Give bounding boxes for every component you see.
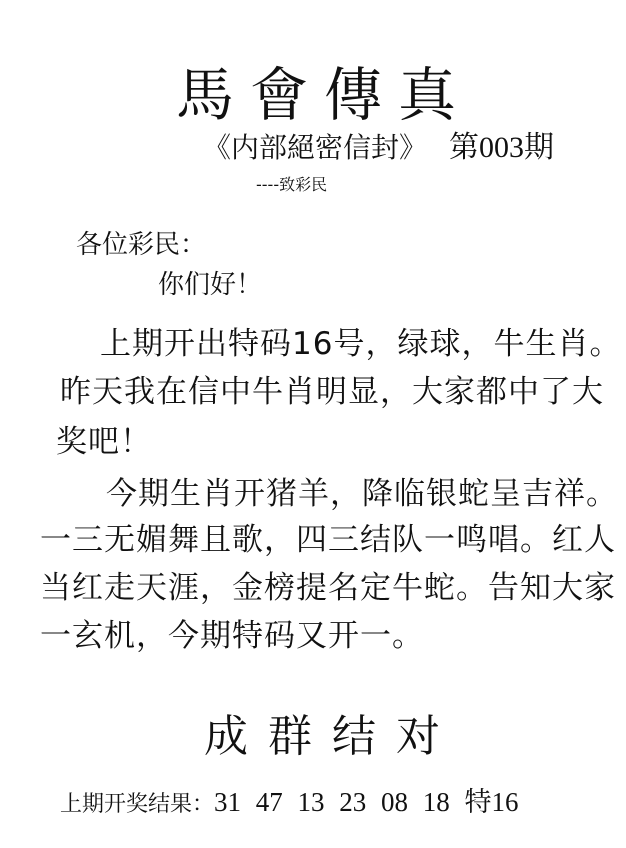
- results-numbers: 31 47 13 23 08 18 特16: [214, 787, 519, 817]
- paragraph-line: 今期生肖开猪羊，降临银蛇呈吉祥。: [106, 468, 618, 513]
- paragraph-line: 奖吧！: [56, 416, 152, 461]
- issue-number: 第003期: [449, 131, 554, 164]
- paragraph-line: 一三无媚舞且歌，四三结队一鸣唱。红人: [40, 514, 616, 559]
- paragraph-line: 上期开出特码16号，绿球，牛生肖。: [100, 318, 621, 363]
- paragraph-line: 一玄机，今期特码又开一。: [40, 610, 424, 655]
- subtitle-line: 《内部絕密信封》第003期: [203, 122, 554, 166]
- paragraph-line: 当红走天涯，金榜提名定牛蛇。告知大家: [40, 562, 616, 607]
- greeting: 各位彩民：: [76, 224, 206, 261]
- results-label: 上期开奖结果：: [60, 792, 214, 817]
- slogan: 成群结对: [204, 700, 460, 764]
- hello-line: 你们好！: [158, 264, 262, 301]
- previous-results: 上期开奖结果：31 47 13 23 08 18 特16: [60, 780, 519, 819]
- paragraph-line: 昨天我在信中牛肖明显，大家都中了大: [60, 366, 604, 411]
- document-title: 馬會傳真: [176, 48, 472, 132]
- dedication: ----致彩民: [256, 172, 327, 195]
- subtitle: 《内部絕密信封》: [203, 131, 427, 164]
